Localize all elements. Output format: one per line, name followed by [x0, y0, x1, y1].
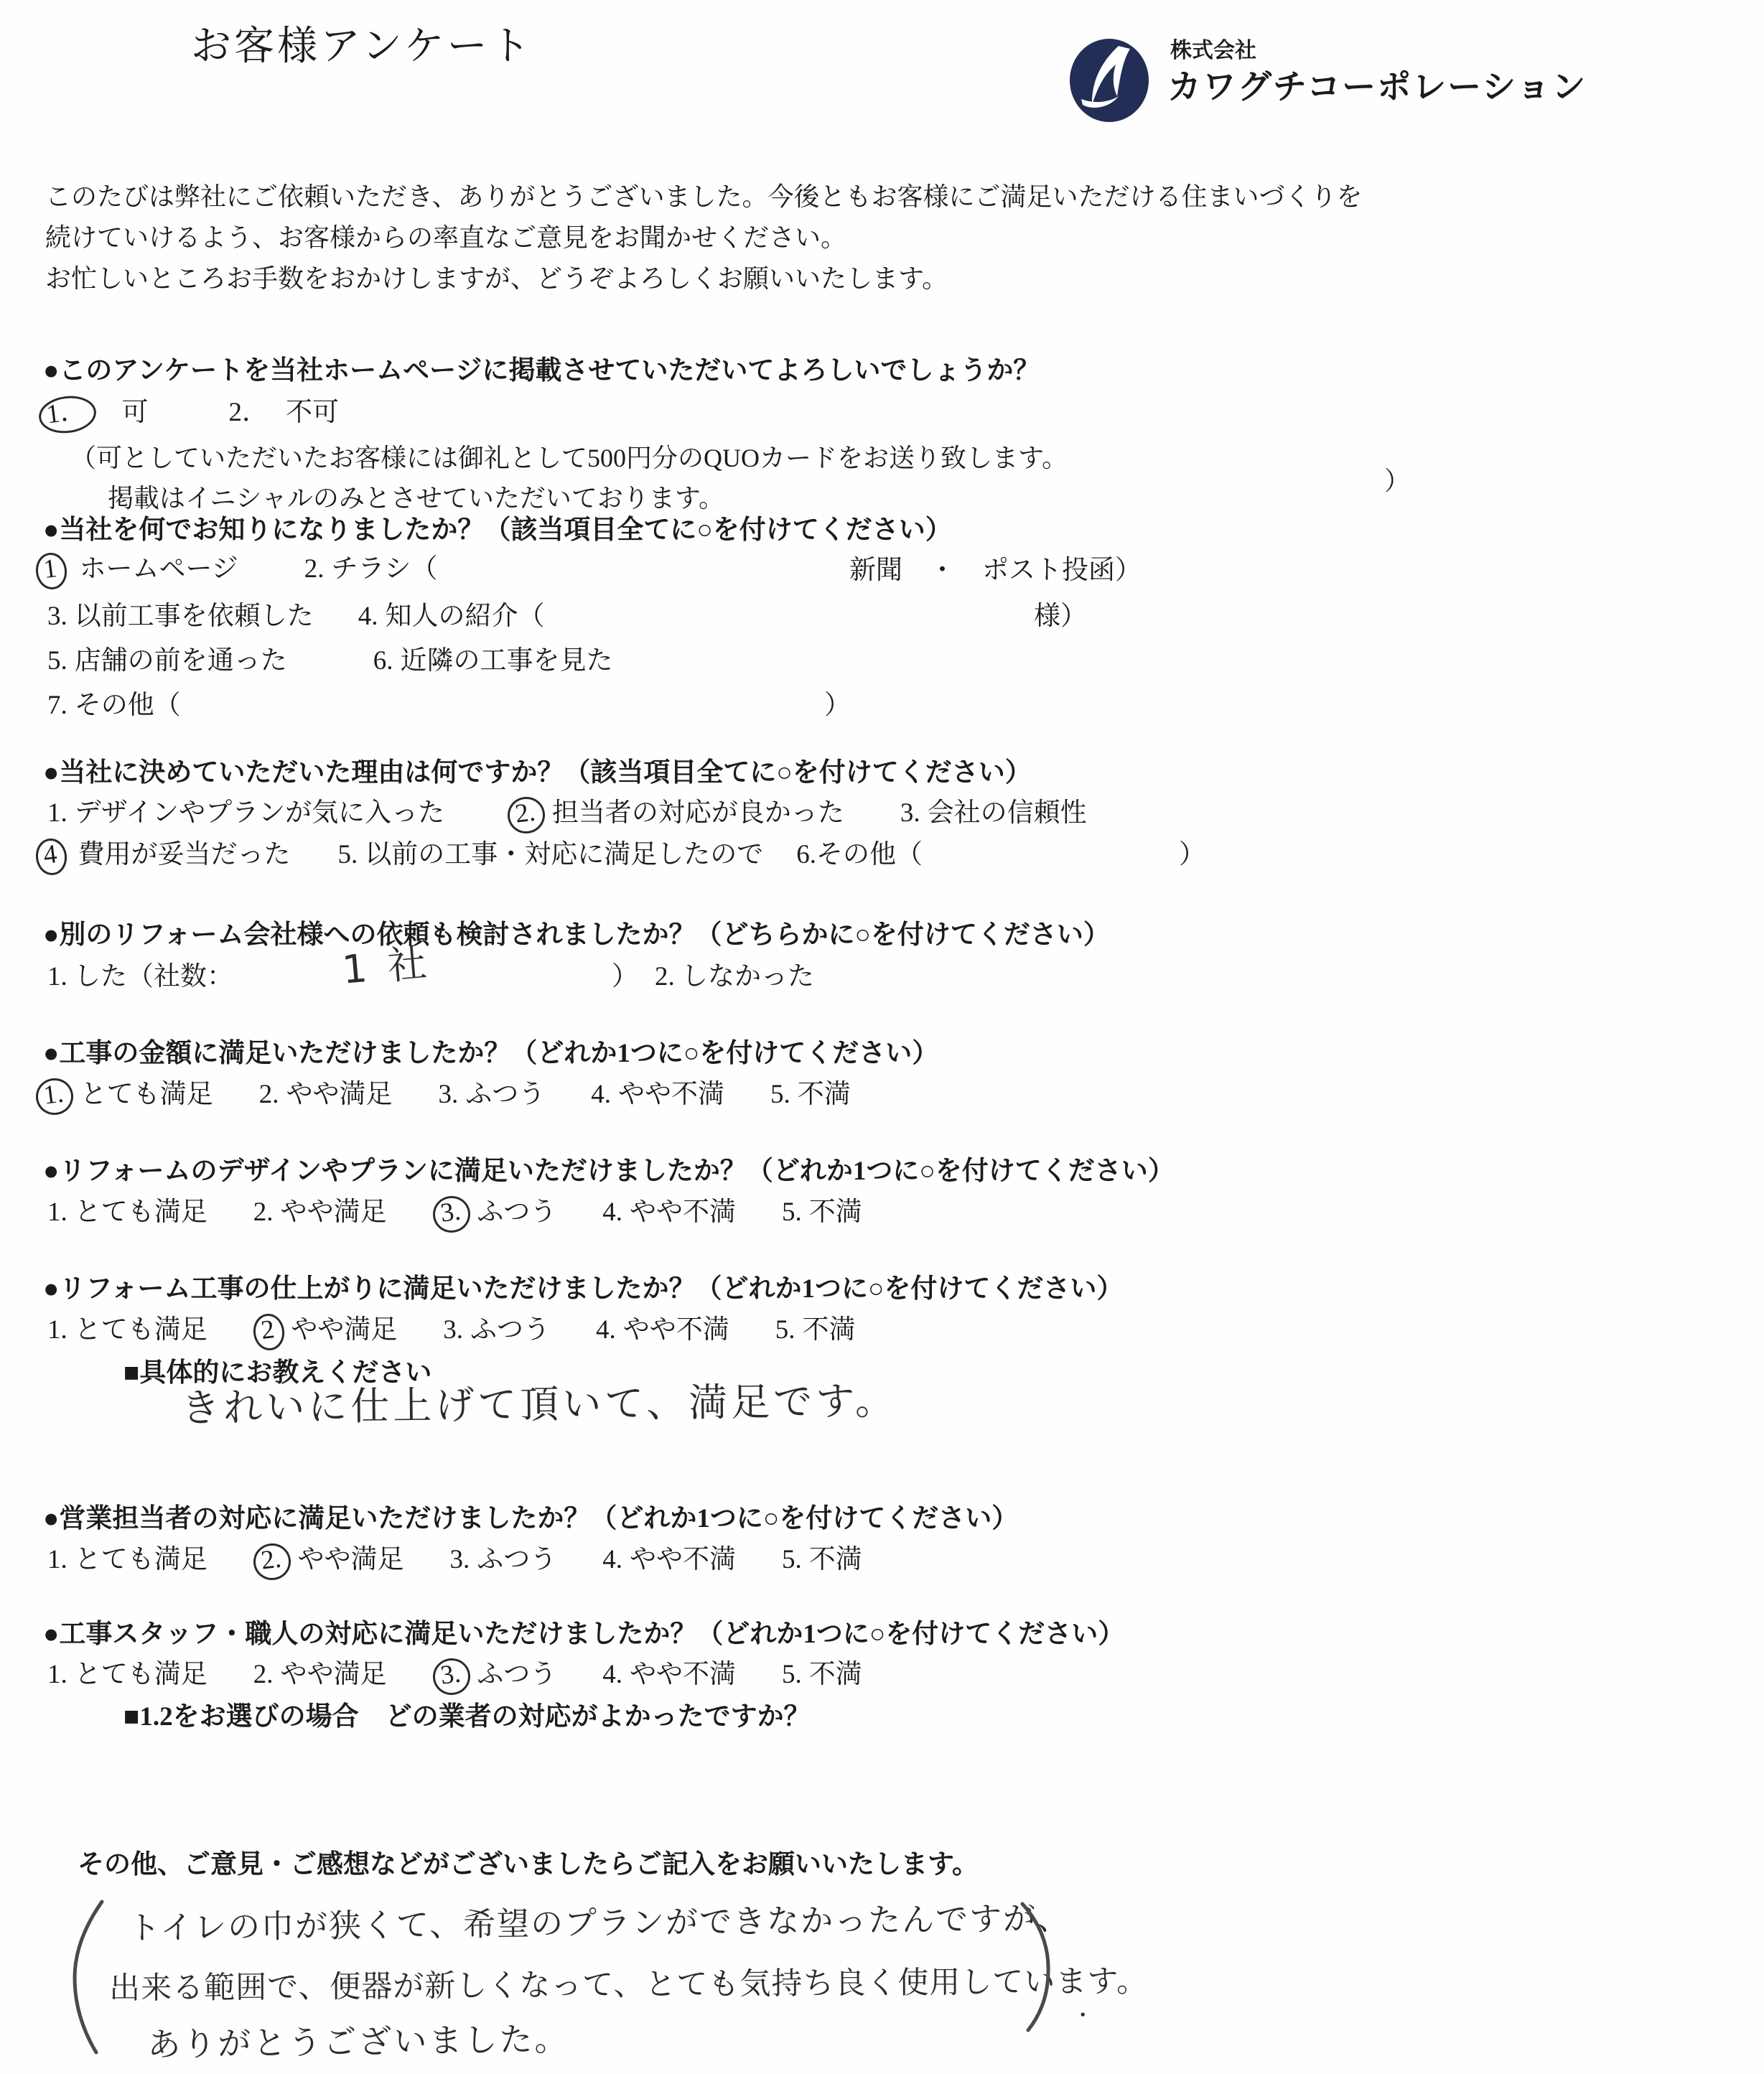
option-number: 5.: [782, 1545, 802, 1574]
handwritten-comment-line: トイレの巾が狭くて、希望のプランができなかったんですが、: [128, 1898, 1070, 1948]
option-label: ふつう: [470, 1315, 550, 1345]
option-label: 不満: [809, 1197, 862, 1227]
question-heading: ●当社に決めていただいた理由は何ですか？（該当項目全てに○を付けてください）: [43, 757, 1032, 790]
option-number: 4.: [602, 1545, 622, 1574]
options-row: 1.とても満足2.やや満足3.ふつう4.やや不満5.不満: [47, 1658, 908, 1695]
free-comment-prompt: その他、ご意見・ご感想などがございましたらご記入をお願いいたします。: [78, 1849, 979, 1882]
option-label: とても満足: [80, 1080, 213, 1109]
circled-option-number: 1.: [34, 1076, 75, 1117]
option-label: やや満足: [281, 1660, 387, 1689]
options-row: 1.とても満足2.やや満足3.ふつう4.やや不満5.不満: [36, 1078, 897, 1115]
circled-option-number: 2.: [251, 1541, 293, 1582]
option-label: ふつう: [465, 1080, 545, 1109]
question-heading: ●リフォーム工事の仕上がりに満足いただけましたか？（どれか1つに○を付けてくださ…: [43, 1273, 1123, 1306]
option-label: チラシ（: [332, 554, 438, 584]
option-number: 2.: [304, 554, 325, 584]
option-number: 5.: [47, 646, 67, 676]
question-heading: ●工事の金額に満足いただけましたか？（どれか1つに○を付けてください）: [43, 1037, 938, 1070]
page-title: お客様アンケート: [191, 22, 533, 72]
option-paren-content: 様）: [1034, 600, 1087, 633]
option-number: 4.: [596, 1315, 616, 1345]
handwritten-comment-line: 出来る範囲で、便器が新しくなって、とても気持ち良く使用しています。: [109, 1963, 1148, 2009]
handwritten-close-paren: [1017, 1901, 1058, 2034]
option-label: 不満: [809, 1660, 862, 1689]
question-heading: ●リフォームのデザインやプランに満足いただけましたか？（どれか1つに○を付けてく…: [43, 1155, 1175, 1188]
circled-option-number: 2.: [505, 795, 547, 836]
handwritten-company-count: 1 社: [340, 938, 433, 994]
option-number: 6.: [796, 840, 816, 869]
option-number: 2.: [253, 1660, 274, 1689]
question-heading: ●このアンケートを当社ホームページに掲載させていただいてよろしいでしょうか？: [43, 355, 1040, 388]
option-text: 1. した（社数：: [47, 961, 233, 994]
options-row: 1.とても満足2.やや満足3.ふつう4.やや不満5.不満: [47, 1196, 908, 1233]
option-number: 4.: [602, 1660, 622, 1689]
option-label: とても満足: [75, 1197, 207, 1227]
option-number: 5.: [782, 1660, 802, 1689]
option-label: やや満足: [286, 1080, 393, 1109]
option-number: 3.: [443, 1315, 463, 1345]
option-label: デザインやプランが気に入った: [75, 798, 444, 828]
circled-option-number: 1: [34, 551, 68, 592]
option-label: ホームページ: [80, 554, 238, 584]
option-label: 不可: [286, 398, 339, 427]
options-row: 5.店舗の前を通った6.近隣の工事を見た: [47, 645, 613, 678]
survey-page: お客様アンケート 株式会社 カワグチコーポレーション このたびは弊社にご依頼いた…: [0, 0, 1764, 2074]
note-line: （可としていただいたお客様には御礼として500円分のQUOカードをお送り致します…: [70, 442, 1068, 475]
option-number: 2．: [229, 398, 269, 427]
note-closing-paren: ）: [1384, 465, 1410, 498]
option-closing-paren: ）: [824, 689, 851, 722]
option-label: 近隣の工事を見た: [401, 646, 613, 676]
option-label: 費用が妥当だった: [78, 840, 291, 869]
option-number: 6.: [373, 646, 393, 676]
options-row: 1.デザインやプランが気に入った2.担当者の対応が良かった3.会社の信頼性: [47, 797, 1087, 833]
option-number: 1.: [47, 1660, 67, 1689]
option-label: 以前の工事・対応に満足したので: [365, 840, 763, 869]
option-label: とても満足: [75, 1315, 207, 1345]
options-row: 7.その他（: [47, 689, 181, 722]
intro-line: 続けていけるよう、お客様からの率直なご意見をお聞かせください。: [45, 222, 846, 254]
option-number: 4.: [358, 602, 378, 631]
circled-option-number: 3.: [431, 1656, 472, 1697]
intro-line: このたびは弊社にご依頼いただき、ありがとうございました。今後ともお客様にご満足い…: [45, 181, 1363, 213]
option-number: 1.: [47, 798, 67, 828]
handwritten-open-paren: [65, 1899, 111, 2057]
option-label: ふつう: [477, 1660, 556, 1689]
circled-option-number: 3.: [431, 1194, 472, 1235]
options-row: 1.とても満足2.やや満足3.ふつう4.やや不満5.不満: [47, 1543, 908, 1580]
option-number: 5.: [770, 1080, 790, 1109]
option-number: 2.: [259, 1080, 279, 1109]
option-label: 担当者の対応が良かった: [552, 798, 844, 828]
option-number: 4.: [602, 1197, 622, 1227]
circled-option-number: 4: [34, 837, 68, 877]
option-label: 不満: [809, 1545, 862, 1574]
circled-option-number: 2: [251, 1312, 286, 1353]
circled-option-number: 1．: [37, 393, 98, 436]
option-label: その他（: [816, 840, 923, 869]
question-heading: ●当社を何でお知りになりましたか？（該当項目全てに○を付けてください）: [43, 514, 952, 547]
option-label: やや不満: [630, 1197, 736, 1227]
option-number: 1.: [47, 1545, 67, 1574]
option-number: 3.: [900, 798, 920, 828]
option-label: 知人の紹介（: [386, 602, 545, 631]
option-number: 5.: [338, 840, 358, 869]
options-row: 1.とても満足2やや満足3.ふつう4.やや不満5.不満: [47, 1314, 902, 1350]
option-number: 4.: [591, 1080, 611, 1109]
option-label: 不満: [803, 1315, 856, 1345]
company-name: カワグチコーポレーション: [1167, 66, 1587, 108]
option-label: ふつう: [477, 1545, 556, 1574]
option-number: 7.: [47, 691, 67, 720]
option-label: やや満足: [281, 1197, 387, 1227]
option-paren-content: 新聞 ・ ポスト投函）: [849, 554, 1142, 587]
option-label: 可: [122, 398, 149, 427]
option-number: 3.: [439, 1080, 459, 1109]
option-label: 不満: [798, 1080, 851, 1109]
option-number: 1.: [47, 1197, 67, 1227]
option-number: 5.: [775, 1315, 795, 1345]
followup-prompt: ■1.2をお選びの場合 どの業者の対応がよかったですか？: [123, 1701, 811, 1734]
option-label: とても満足: [75, 1660, 207, 1689]
kawaguchi-swoosh-logo-icon: [1068, 37, 1150, 123]
options-row: 1．可2．不可: [39, 396, 339, 433]
option-closing-paren: ）: [612, 961, 638, 994]
option-label: やや不満: [618, 1080, 724, 1109]
handwritten-comment-line: ありがとうございました。: [147, 2019, 570, 2066]
option-label: その他（: [75, 691, 181, 720]
option-label: 以前工事を依頼した: [75, 602, 314, 631]
company-prefix: 株式会社: [1170, 37, 1256, 65]
option-number: 1.: [47, 1315, 67, 1345]
options-row: 3.以前工事を依頼した4.知人の紹介（: [47, 600, 545, 633]
option-number: 5.: [782, 1197, 802, 1227]
option-number: 3.: [47, 602, 67, 631]
question-heading: ●工事スタッフ・職人の対応に満足いただけましたか？（どれか1つに○を付けてくださ…: [43, 1618, 1124, 1651]
options-row: 4費用が妥当だった5.以前の工事・対応に満足したので6.その他（: [36, 839, 923, 875]
option-label: 会社の信頼性: [928, 798, 1087, 828]
option-label: ふつう: [477, 1197, 556, 1227]
option-label: とても満足: [75, 1545, 207, 1574]
option-label: 店舗の前を通った: [75, 646, 287, 676]
options-row: 1ホームページ2.チラシ（: [36, 553, 438, 589]
question-heading: ●別のリフォーム会社様への依頼も検討されましたか？（どちらかに○を付けてください…: [43, 919, 1110, 952]
handwritten-period: ．: [1078, 1989, 1107, 2024]
option-label: やや不満: [630, 1660, 736, 1689]
option-label: やや満足: [291, 1315, 397, 1345]
option-label: やや不満: [623, 1315, 729, 1345]
option-label: やや満足: [298, 1545, 404, 1574]
question-heading: ●営業担当者の対応に満足いただけましたか？（どれか1つに○を付けてください）: [43, 1503, 1018, 1536]
intro-line: お忙しいところお手数をおかけしますが、どうぞよろしくお願いいたします。: [45, 263, 948, 295]
option-closing-paren: ）: [1179, 839, 1205, 872]
option-number: 3.: [450, 1545, 470, 1574]
option-text: 2. しなかった: [655, 961, 814, 994]
note-line: 掲載はイニシャルのみとさせていただいております。: [108, 482, 724, 515]
option-label: やや不満: [630, 1545, 736, 1574]
option-number: 2.: [253, 1197, 274, 1227]
handwritten-finish-comment: きれいに仕上げて頂いて、満足です。: [181, 1377, 897, 1433]
